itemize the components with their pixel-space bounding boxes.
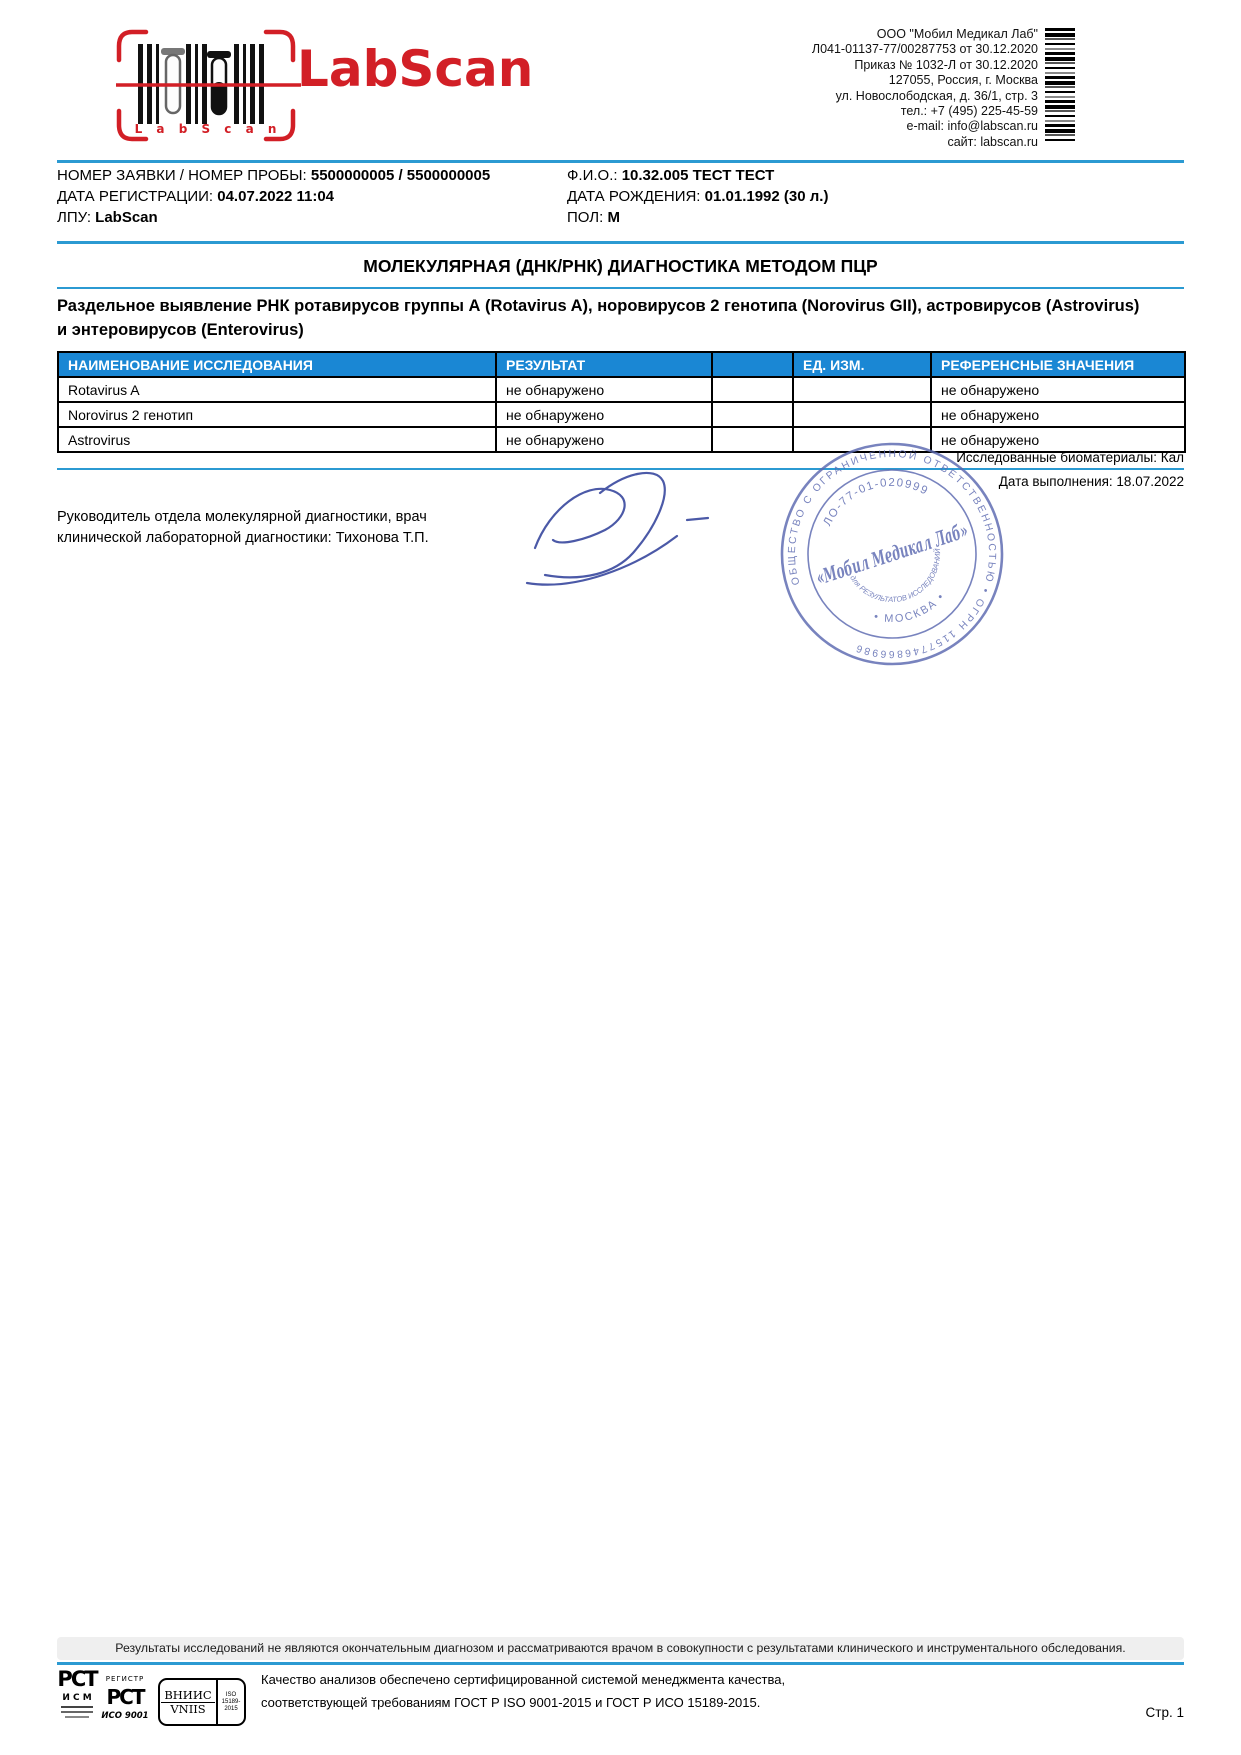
company-round-stamp: ОБЩЕСТВО С ОГРАНИЧЕННОЙ ОТВЕТСТВЕННОСТЬЮ… <box>760 430 1025 680</box>
vniis-ru-label: ВНИИС <box>161 1689 214 1703</box>
divider-line <box>57 160 1184 163</box>
quality-line: Качество анализов обеспечено сертифициро… <box>261 1668 785 1691</box>
iso-label: ISO <box>226 1692 236 1699</box>
col-header-flag <box>712 352 793 377</box>
divider-line <box>57 287 1184 289</box>
test-name-cell: Norovirus 2 генотип <box>58 402 496 427</box>
sex-row: ПОЛ: М <box>567 209 828 226</box>
lpu-row: ЛПУ: LabScan <box>57 209 490 226</box>
col-header-unit: ЕД. ИЗМ. <box>793 352 931 377</box>
org-line: 127055, Россия, г. Москва <box>812 73 1038 88</box>
table-row: Rotavirus A не обнаружено не обнаружено <box>58 377 1185 402</box>
test-tube-icon <box>161 48 185 113</box>
flag-cell <box>712 377 793 402</box>
lpu-label: ЛПУ: <box>57 209 91 226</box>
svg-text:И С М: И С М <box>62 1693 91 1703</box>
disclaimer-bar: Результаты исследований не являются окон… <box>57 1637 1184 1660</box>
svg-text:РСТ: РСТ <box>57 1667 99 1691</box>
col-header-result: РЕЗУЛЬТАТ <box>496 352 712 377</box>
table-header-row: НАИМЕНОВАНИЕ ИССЛЕДОВАНИЯ РЕЗУЛЬТАТ ЕД. … <box>58 352 1185 377</box>
registration-date-row: ДАТА РЕГИСТРАЦИИ: 04.07.2022 11:04 <box>57 188 490 205</box>
patient-info-column: Ф.И.О.: 10.32.005 ТЕСТ ТЕСТ ДАТА РОЖДЕНИ… <box>567 167 828 230</box>
birth-date-row: ДАТА РОЖДЕНИЯ: 01.01.1992 (30 л.) <box>567 188 828 205</box>
stamp-center-text: «Мобил Медикал Лаб» <box>813 518 971 590</box>
registration-date-value: 04.07.2022 11:04 <box>217 188 334 205</box>
sex-value: М <box>607 209 620 226</box>
birth-date-value: 01.01.1992 (30 л.) <box>705 188 829 205</box>
reference-cell: не обнаружено <box>931 377 1185 402</box>
birth-date-label: ДАТА РОЖДЕНИЯ: <box>567 188 700 205</box>
table-row: Norovirus 2 генотип не обнаружено не обн… <box>58 402 1185 427</box>
request-number-row: НОМЕР ЗАЯВКИ / НОМЕР ПРОБЫ: 5500000005 /… <box>57 167 490 184</box>
org-line: ул. Новослободская, д. 36/1, стр. 3 <box>812 89 1038 104</box>
patient-name-value: 10.32.005 ТЕСТ ТЕСТ <box>622 167 775 184</box>
labscan-barcode-logo-icon: L a b S c a n <box>116 28 301 143</box>
org-line: Л041-01137-77/00287753 от 30.12.2020 <box>812 42 1038 57</box>
logo-icon-caption: L a b S c a n <box>135 122 282 136</box>
labscan-wordmark: LabScan <box>297 40 533 98</box>
result-cell: не обнаружено <box>496 402 712 427</box>
patient-name-row: Ф.И.О.: 10.32.005 ТЕСТ ТЕСТ <box>567 167 828 184</box>
svg-text:РЕГИСТР: РЕГИСТР <box>106 1675 145 1683</box>
flag-cell <box>712 402 793 427</box>
doctor-signature <box>505 448 720 598</box>
organization-info: ООО "Мобил Медикал Лаб" Л041-01137-77/00… <box>812 27 1038 150</box>
test-name-cell: Astrovirus <box>58 427 496 452</box>
org-line: ООО "Мобил Медикал Лаб" <box>812 27 1038 42</box>
patient-name-label: Ф.И.О.: <box>567 167 618 184</box>
lab-report-page: L a b S c a n LabScan ООО "Мобил Медикал… <box>0 0 1241 1755</box>
org-line: Приказ № 1032-Л от 30.12.2020 <box>812 58 1038 73</box>
divider-line <box>57 241 1184 244</box>
request-number-label: НОМЕР ЗАЯВКИ / НОМЕР ПРОБЫ: <box>57 167 307 184</box>
request-number-value: 5500000005 / 5500000005 <box>311 167 490 184</box>
col-header-test-name: НАИМЕНОВАНИЕ ИССЛЕДОВАНИЯ <box>58 352 496 377</box>
doctor-signoff-text: Руководитель отдела молекулярной диагнос… <box>57 507 497 549</box>
report-title: МОЛЕКУЛЯРНАЯ (ДНК/РНК) ДИАГНОСТИКА МЕТОД… <box>57 256 1184 277</box>
rst-iso9001-certification-icon: РЕГИСТР РСТ ИСО 9001 <box>100 1672 150 1732</box>
divider-line <box>57 1662 1184 1665</box>
result-cell: не обнаружено <box>496 377 712 402</box>
registration-date-label: ДАТА РЕГИСТРАЦИИ: <box>57 188 213 205</box>
col-header-reference: РЕФЕРЕНСНЫЕ ЗНАЧЕНИЯ <box>931 352 1185 377</box>
org-line: сайт: labscan.ru <box>812 135 1038 150</box>
sex-label: ПОЛ: <box>567 209 603 226</box>
section-heading: Раздельное выявление РНК ротавирусов гру… <box>57 294 1152 342</box>
unit-cell <box>793 402 931 427</box>
lpu-value: LabScan <box>95 209 158 226</box>
reference-cell: не обнаружено <box>931 402 1185 427</box>
unit-cell <box>793 377 931 402</box>
org-line: e-mail: info@labscan.ru <box>812 119 1038 134</box>
vertical-barcode <box>1045 28 1075 141</box>
request-info-column: НОМЕР ЗАЯВКИ / НОМЕР ПРОБЫ: 5500000005 /… <box>57 167 490 230</box>
org-line: тел.: +7 (495) 225-45-59 <box>812 104 1038 119</box>
test-name-cell: Rotavirus A <box>58 377 496 402</box>
test-tube-filled-icon <box>207 51 231 114</box>
page-number: Стр. 1 <box>57 1705 1184 1720</box>
